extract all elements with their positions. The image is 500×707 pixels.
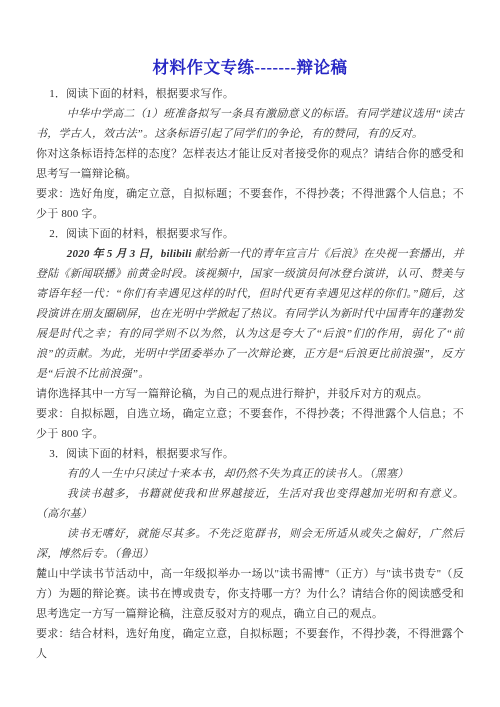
exercise-2-task: 请你选择其中一方写一篇辩论稿，为自己的观点进行辩护，并驳斥对方的观点。 — [36, 384, 464, 404]
quote-hesse: 有的人一生中只读过十来本书，却仍然不失为真正的读书人。（黑塞） — [36, 464, 464, 484]
exercise-2-requirements: 要求：自拟标题，自选立场，确定立意；不要套作，不得抄袭；不得泄露个人信息；不少于… — [36, 404, 464, 444]
exercise-1-question: 你对这条标语持怎样的态度？怎样表达才能让反对者接受你的观点？请结合你的感受和思考… — [36, 144, 464, 184]
exercise-2-heading: 2．阅读下面的材料，根据要求写作。 — [36, 224, 464, 244]
exercise-3-heading: 3．阅读下面的材料，根据要求写作。 — [36, 444, 464, 464]
exercise-1-requirements: 要求：选好角度，确定立意，自拟标题；不要套作，不得抄袭；不得泄露个人信息；不少于… — [36, 184, 464, 224]
exercise-2-material-date: 2020 年 5 月 3 日，bilibili — [67, 248, 195, 260]
exercise-3-requirements: 要求：结合材料，选好角度，确定立意，自拟标题；不要套作，不得抄袭，不得泄露个人 — [36, 624, 464, 664]
quote-luxun: 读书无嗜好，就能尽其多。不先泛览群书，则会无所适从或失之偏好，广然后深，博然后专… — [36, 524, 464, 564]
document-body: 1．阅读下面的材料，根据要求写作。 中华中学高二（1）班准备拟写一条具有激励意义… — [36, 84, 464, 664]
exercise-2-material-text: 献给新一代的青年宣言片《后浪》在央视一套播出，并登陆《新闻联播》前黄金时段。该视… — [36, 248, 464, 380]
exercise-2-material: 2020 年 5 月 3 日，bilibili 献给新一代的青年宣言片《后浪》在… — [36, 244, 464, 384]
exercise-3-task: 麓山中学读书节活动中，高一年级拟举办一场以"读书需博"（正方）与"读书贵专"（反… — [36, 564, 464, 624]
exercise-1-material: 中华中学高二（1）班准备拟写一条具有激励意义的标语。有同学建议选用“读古书，学古… — [36, 104, 464, 144]
page-title: 材料作文专练-------辩论稿 — [0, 0, 500, 84]
exercise-1-heading: 1．阅读下面的材料，根据要求写作。 — [36, 84, 464, 104]
quote-gorky: 我读书越多，书籍就使我和世界越接近，生活对我也变得越加光明和有意义。（高尔基） — [36, 484, 464, 524]
document-page: 材料作文专练-------辩论稿 1．阅读下面的材料，根据要求写作。 中华中学高… — [0, 0, 500, 707]
